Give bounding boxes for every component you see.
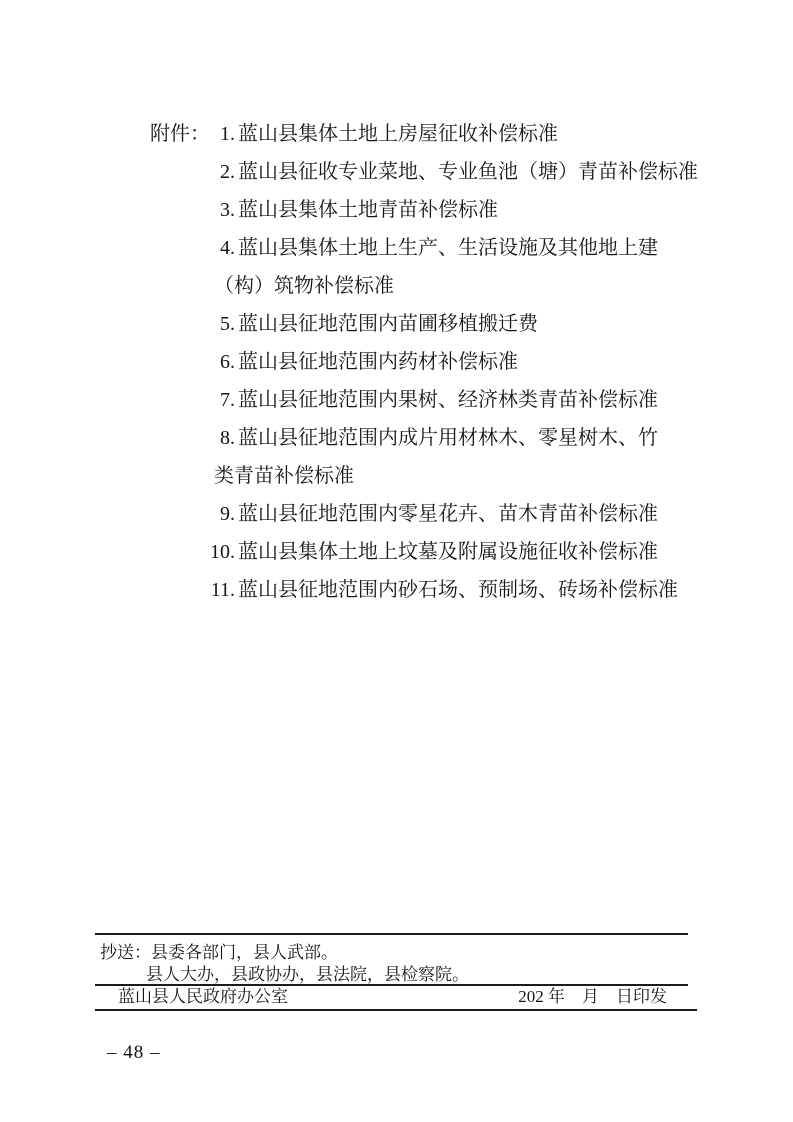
attachment-item-text: 蓝山县集体土地青苗补偿标准 <box>238 191 498 229</box>
attachment-item-text: 蓝山县集体土地上生产、生活设施及其他地上建 <box>238 229 658 267</box>
attachments-label: 附件： <box>150 115 205 153</box>
copy-to-block: 抄送：县委各部门，县人武部。 县人大办，县政协办，县法院，县检察院。 <box>100 942 469 986</box>
attachment-item-number: 8. <box>205 419 235 457</box>
attachment-item: 9. 蓝山县征地范围内零星花卉、苗木青苗补偿标准 <box>150 495 750 533</box>
separator-rule-top <box>95 933 688 935</box>
attachment-item-number: 5. <box>205 305 235 343</box>
attachment-item: 7. 蓝山县征地范围内果树、经济林类青苗补偿标准 <box>150 381 750 419</box>
copy-to-label: 抄送： <box>100 943 151 962</box>
attachment-item-number: 10. <box>205 533 235 571</box>
attachment-item: 10. 蓝山县集体土地上坟墓及附属设施征收补偿标准 <box>150 533 750 571</box>
attachment-item-text: 蓝山县征地范围内砂石场、预制场、砖场补偿标准 <box>238 571 678 609</box>
attachment-item-text: 类青苗补偿标准 <box>214 457 354 495</box>
attachment-item-text: 蓝山县征收专业菜地、专业鱼池（塘）青苗补偿标准 <box>238 153 698 191</box>
attachment-item-number: 1. <box>205 115 235 153</box>
separator-rule-bottom <box>95 1009 697 1011</box>
attachment-item-text: 蓝山县征地范围内苗圃移植搬迁费 <box>238 305 538 343</box>
copy-to-line-1: 抄送：县委各部门，县人武部。 <box>100 942 469 964</box>
copy-to-line-2: 县人大办，县政协办，县法院，县检察院。 <box>146 964 469 986</box>
attachment-item-number: 2. <box>205 153 235 191</box>
issuer-name: 蓝山县人民政府办公室 <box>118 986 288 1008</box>
print-date: 202 年 月 日印发 <box>518 986 667 1008</box>
attachment-item-text: 蓝山县征地范围内成片用材林木、零星树木、竹 <box>238 419 658 457</box>
attachment-item: 4. 蓝山县集体土地上生产、生活设施及其他地上建 <box>150 229 750 267</box>
attachment-item-number: 7. <box>205 381 235 419</box>
attachment-item: 附件： 1. 蓝山县集体土地上房屋征收补偿标准 <box>150 115 750 153</box>
attachment-item-number: 9. <box>205 495 235 533</box>
attachment-item-continuation: （构）筑物补偿标准 <box>150 267 750 305</box>
attachment-item-text: 蓝山县征地范围内果树、经济林类青苗补偿标准 <box>238 381 658 419</box>
attachment-item-text: 蓝山县集体土地上坟墓及附属设施征收补偿标准 <box>238 533 658 571</box>
attachment-item-text: 蓝山县征地范围内零星花卉、苗木青苗补偿标准 <box>238 495 658 533</box>
attachment-item: 11. 蓝山县征地范围内砂石场、预制场、砖场补偿标准 <box>150 571 750 609</box>
attachment-item: 2. 蓝山县征收专业菜地、专业鱼池（塘）青苗补偿标准 <box>150 153 750 191</box>
page-number: – 48 – <box>107 1042 161 1064</box>
attachment-item-number: 4. <box>205 229 235 267</box>
attachment-item-number: 11. <box>205 571 235 609</box>
attachment-item: 3. 蓝山县集体土地青苗补偿标准 <box>150 191 750 229</box>
attachment-item-continuation: 类青苗补偿标准 <box>150 457 750 495</box>
issuer-row: 蓝山县人民政府办公室 202 年 月 日印发 <box>95 986 697 1008</box>
attachment-item: 8. 蓝山县征地范围内成片用材林木、零星树木、竹 <box>150 419 750 457</box>
attachment-item-text: （构）筑物补偿标准 <box>214 267 394 305</box>
attachment-item-text: 蓝山县集体土地上房屋征收补偿标准 <box>238 115 558 153</box>
attachment-item: 5. 蓝山县征地范围内苗圃移植搬迁费 <box>150 305 750 343</box>
attachment-list: 附件： 1. 蓝山县集体土地上房屋征收补偿标准 2. 蓝山县征收专业菜地、专业鱼… <box>150 115 750 609</box>
attachment-item-number: 6. <box>205 343 235 381</box>
document-page: 附件： 1. 蓝山县集体土地上房屋征收补偿标准 2. 蓝山县征收专业菜地、专业鱼… <box>0 0 793 1122</box>
document-footer: 抄送：县委各部门，县人武部。 县人大办，县政协办，县法院，县检察院。 蓝山县人民… <box>95 933 697 1013</box>
attachment-item-text: 蓝山县征地范围内药材补偿标准 <box>238 343 518 381</box>
attachment-item: 6. 蓝山县征地范围内药材补偿标准 <box>150 343 750 381</box>
attachment-item-number: 3. <box>205 191 235 229</box>
copy-to-text: 县委各部门，县人武部。 <box>151 943 338 962</box>
